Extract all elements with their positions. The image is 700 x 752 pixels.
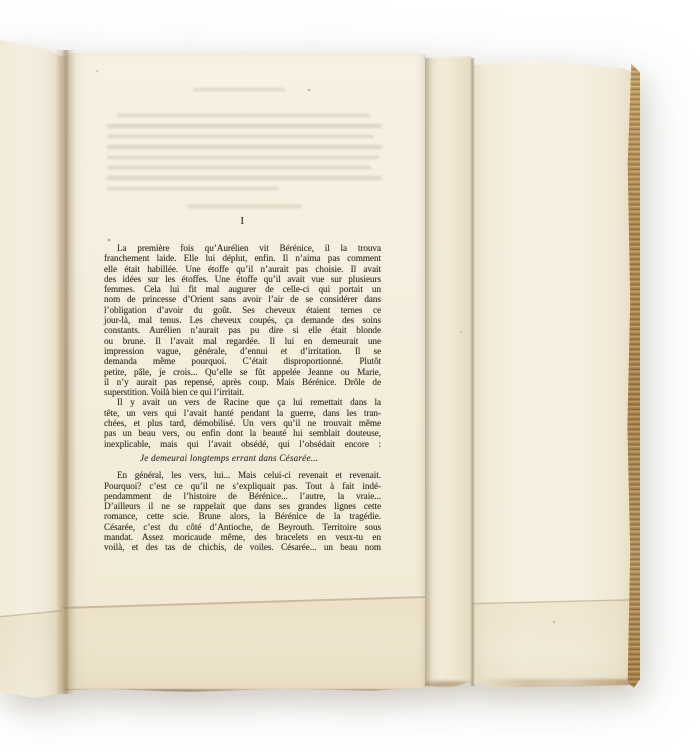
text-line: chées, et plus tard, démobilisé. Un vers…: [104, 418, 381, 428]
text-line: Césarée, c’est du côté d’Antioche, de Be…: [104, 522, 381, 532]
text-line: En général, les vers, lui... Mais celui-…: [104, 470, 381, 480]
paragraph-1: La première fois qu’Aurélien vit Bérénic…: [104, 243, 381, 397]
text-line: pendamment de l’histoire de Bérénice... …: [104, 491, 381, 501]
inner-leaf-bottom-grime: [425, 679, 472, 687]
text-line: femmes. Cela lui fit mal augurer de cell…: [104, 284, 381, 294]
ghost-text-line: [107, 187, 278, 190]
showthrough-text-ghost: [107, 88, 382, 218]
outer-uncut-leaf: [472, 60, 638, 688]
ghost-text-line: [107, 124, 382, 127]
text-line: constants. Aurélien n’aurait pas pu dire…: [104, 325, 381, 335]
paragraph-3: En général, les vers, lui... Mais celui-…: [104, 470, 381, 552]
page-fold-shade: [62, 597, 426, 692]
verse-quote: Je demeurai longtemps errant dans Césaré…: [104, 453, 381, 463]
text-line: inexplicable, mais qui l’avait obsédé, q…: [104, 439, 381, 449]
page-text-block: I La première fois qu’Aurélien vit Bérén…: [104, 215, 381, 553]
ghost-text-line: [107, 145, 382, 148]
outer-leaf-fold-shade: [472, 600, 638, 688]
ghost-text-line: [107, 156, 379, 159]
right-page: I La première fois qu’Aurélien vit Bérén…: [62, 52, 426, 692]
open-book: I La première fois qu’Aurélien vit Bérén…: [0, 0, 700, 752]
ghost-text-line: [117, 114, 370, 117]
text-line: La première fois qu’Aurélien vit Bérénic…: [104, 243, 381, 253]
book-gutter-shadow: [55, 50, 76, 694]
left-page-edge: [0, 38, 62, 698]
inner-leaf-fore-edge: [425, 56, 472, 688]
text-line: pas un beau vers, ou enfin dont la beaut…: [104, 428, 381, 438]
leaf-seam-shadow: [470, 58, 475, 686]
text-line: l’obligation d’avoir du goût. Ses cheveu…: [104, 305, 381, 315]
paragraph-2: Il y avait un vers de Racine que ça lui …: [104, 397, 381, 448]
text-line: petite, pâle, je crois... Qu’elle se fût…: [104, 367, 381, 377]
text-line: D’ailleurs il ne se rappelait que dans s…: [104, 501, 381, 511]
outer-leaf-bottom-grime: [478, 679, 638, 688]
ghost-text-line: [107, 135, 374, 138]
text-line: elle était habillée. Une étoffe qu’il n’…: [104, 264, 381, 274]
text-line: mandat. Assez moricaude même, des bracel…: [104, 532, 381, 542]
ghost-text-line: [107, 176, 382, 179]
ghost-header-line: [193, 88, 285, 91]
text-line: tête, un vers qui l’avait hanté pendant …: [104, 408, 381, 418]
text-line: franchement laide. Elle lui déplut, enfi…: [104, 253, 381, 263]
text-line: des idées sur les étoffes. Une étoffe qu…: [104, 274, 381, 284]
ghost-verse-line: [187, 205, 303, 208]
text-line: superstition. Voilà bien ce qui l’irrita…: [104, 387, 381, 397]
left-page-fold-shade: [0, 612, 62, 698]
book-photograph: I La première fois qu’Aurélien vit Bérén…: [0, 0, 700, 752]
paper-specks: [0, 0, 2, 2]
ghost-text-line: [107, 166, 371, 169]
text-line: il n’y aurait pas repensé, après coup. M…: [104, 377, 381, 387]
text-line: demanda même pourquoi. C’était dispropor…: [104, 356, 381, 366]
page-bottom-edge: [64, 689, 424, 692]
text-line: Pourquoi? c’est ce qu’il ne s’expliquait…: [104, 481, 381, 491]
text-line: impression vague, générale, d’ennui et d…: [104, 346, 381, 356]
text-line: ou brune. Il l’avait mal regardée. Il lu…: [104, 336, 381, 346]
text-line: romance, cette scie. Brune alors, la Bér…: [104, 511, 381, 521]
text-line: nom de princesse d’Orient sans avoir l’a…: [104, 294, 381, 304]
text-line: voilà, et des tas de chichis, de voiles.…: [104, 542, 381, 552]
text-line: jour-là, mal tenus. Les cheveux coupés, …: [104, 315, 381, 325]
chapter-number: I: [104, 215, 381, 228]
text-line: Il y avait un vers de Racine que ça lui …: [104, 397, 381, 407]
